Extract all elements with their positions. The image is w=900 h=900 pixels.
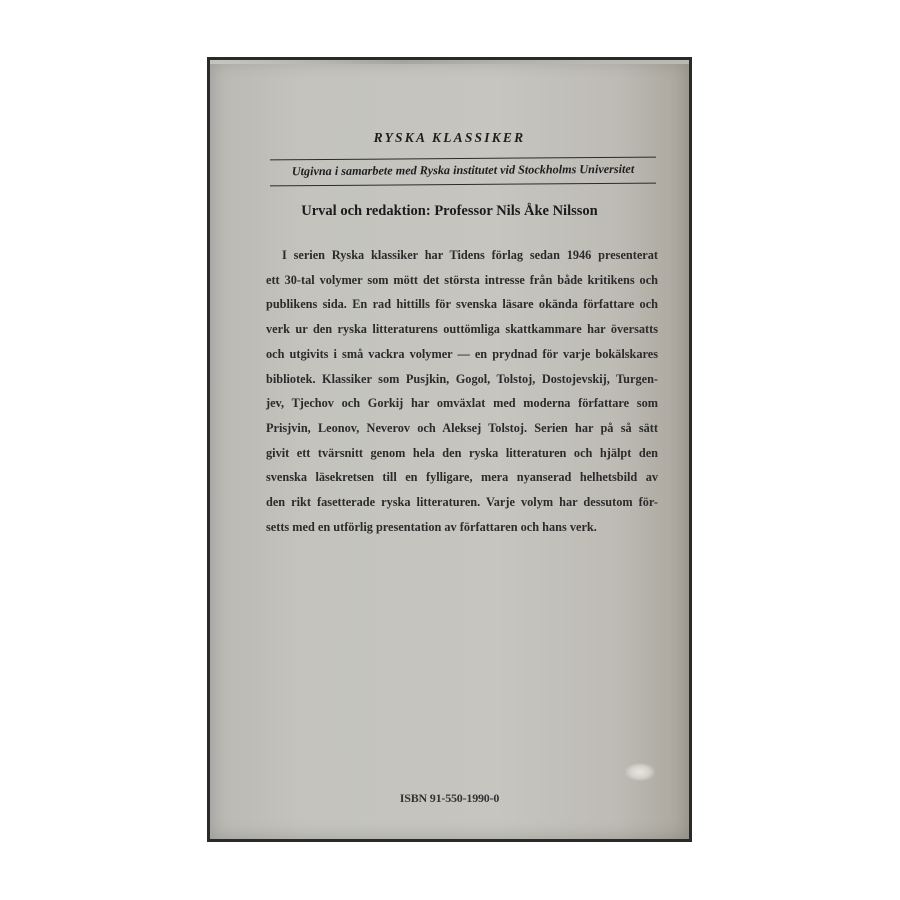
description-line: jev, Tjechov och Gorkij har omväxlat med…: [266, 391, 658, 416]
description-line: den rikt fasetterade ryska litteraturen.…: [266, 490, 658, 515]
description-line: publikens sida. En rad hittills för sven…: [266, 292, 658, 317]
description-line: I serien Ryska klassiker har Tidens förl…: [266, 243, 658, 268]
divider-rule-top: [270, 157, 656, 161]
description-line: setts med en utförlig presentation av fö…: [266, 515, 658, 540]
description-line: bibliotek. Klassiker som Pusjkin, Gogol,…: [266, 367, 658, 392]
editor-credit: Urval och redaktion: Professor Nils Åke …: [210, 203, 689, 220]
collaboration-note: Utgivna i samarbete med Ryska institutet…: [270, 162, 656, 180]
description-paragraph: I serien Ryska klassiker har Tidens förl…: [266, 243, 658, 539]
description-line: och utgivits i små vackra volymer — en p…: [266, 342, 658, 367]
description-line: verk ur den ryska litteraturens outtömli…: [266, 317, 658, 342]
description-line: Prisjvin, Leonov, Neverov och Aleksej To…: [266, 416, 658, 441]
series-title: RYSKA KLASSIKER: [210, 130, 689, 146]
isbn-number: ISBN 91-550-1990-0: [210, 791, 689, 806]
paper-scuff-mark: [625, 763, 655, 781]
description-line: ett 30-tal volymer som mött det största …: [266, 268, 658, 293]
book-back-cover: RYSKA KLASSIKER Utgivna i samarbete med …: [207, 57, 692, 842]
description-line: svenska läsekretsen till en fylligare, m…: [266, 465, 658, 490]
description-line: givit ett tvärsnitt genom hela den ryska…: [266, 441, 658, 466]
divider-rule-bottom: [270, 183, 656, 187]
